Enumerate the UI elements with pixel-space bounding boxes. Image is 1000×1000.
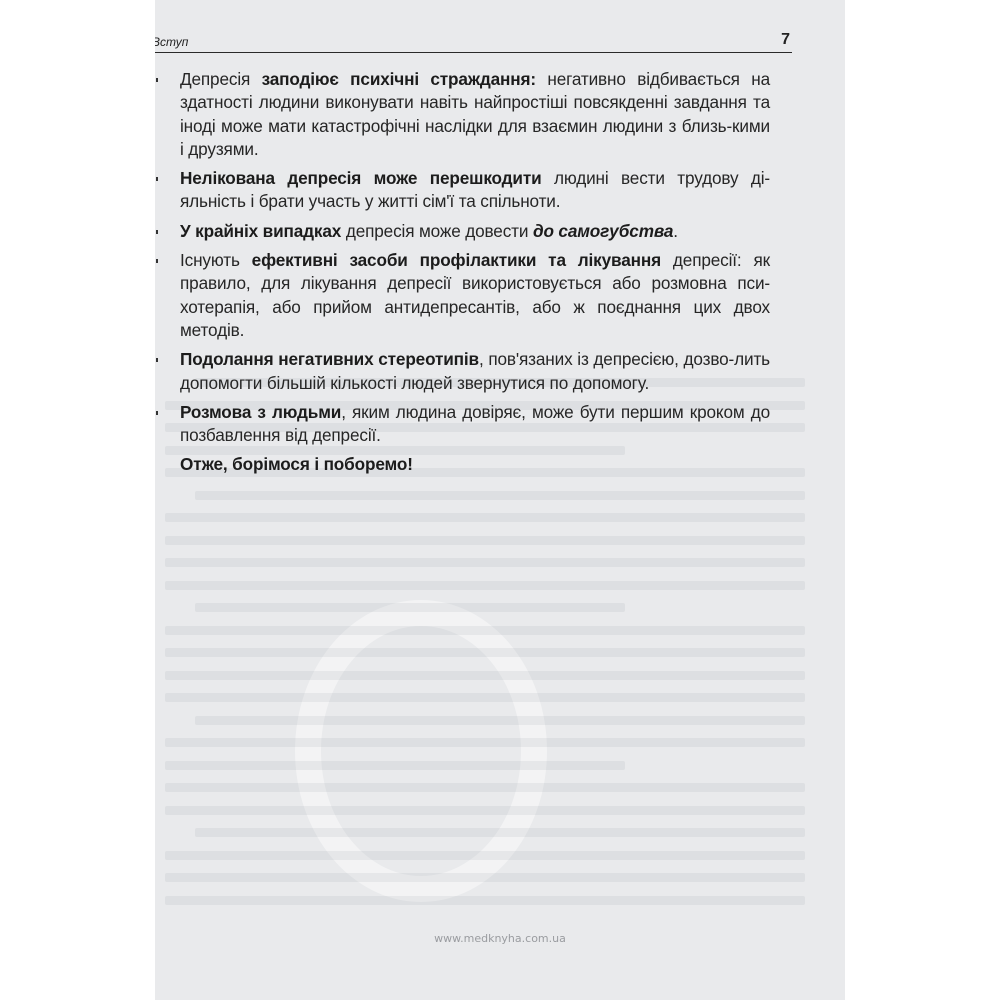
section-title: Вступ [155, 35, 188, 49]
show-through-line [165, 783, 805, 792]
list-item: Нелікована депресія може перешкодити люд… [180, 167, 770, 214]
book-page: Вступ 7 Депресія заподіює психічні страж… [155, 0, 845, 1000]
emphasis-run: ефективні засоби профілактики та лікуван… [252, 250, 661, 270]
show-through-line [195, 828, 805, 837]
list-item: У крайніх випадках депресія може довести… [180, 220, 770, 243]
show-through-line [165, 648, 805, 657]
emphasis-run: Нелікована депресія може перешкодити [180, 168, 542, 188]
text-run: Депресія [180, 69, 262, 89]
running-head: Вступ 7 [155, 34, 792, 53]
show-through-line [165, 851, 805, 860]
show-through-line [165, 693, 805, 702]
emphasis-run: У крайніх випадках [180, 221, 341, 241]
show-through-line [165, 671, 805, 680]
main-text: Депресія заподіює психічні страждання: н… [180, 68, 770, 483]
show-through-line [165, 761, 625, 770]
show-through-line [165, 873, 805, 882]
list-item: Розмова з людьми, яким людина довіряє, м… [180, 401, 770, 448]
show-through-line [165, 581, 805, 590]
emphasis-run: Подолання негативних стереотипів [180, 349, 479, 369]
list-item: Подолання негативних стереотипів, пов'яз… [180, 348, 770, 395]
emphasis-run: до самогубства [533, 221, 673, 241]
closing-line: Отже, борімося і поборемо! [180, 453, 770, 476]
show-through-line [165, 738, 805, 747]
page-number: 7 [781, 31, 790, 49]
emphasis-run: заподіює психічні страждання: [262, 69, 536, 89]
show-through-line [165, 896, 805, 905]
footer-url: www.medknyha.com.ua [155, 932, 845, 945]
show-through-line [195, 716, 805, 725]
show-through-ring-shape [295, 600, 547, 902]
show-through-line [195, 603, 625, 612]
list-item: Існують ефективні засоби профілактики та… [180, 249, 770, 342]
text-run: депресія може довести [341, 221, 533, 241]
show-through-line [165, 806, 805, 815]
emphasis-run: Розмова з людьми [180, 402, 341, 422]
bullet-list: Депресія заподіює психічні страждання: н… [180, 68, 770, 447]
show-through-line [165, 558, 805, 567]
show-through-line [165, 626, 805, 635]
show-through-line [195, 491, 805, 500]
list-item: Депресія заподіює психічні страждання: н… [180, 68, 770, 161]
text-run: Існують [180, 250, 252, 270]
show-through-line [165, 513, 805, 522]
text-run: . [673, 221, 678, 241]
show-through-line [165, 536, 805, 545]
